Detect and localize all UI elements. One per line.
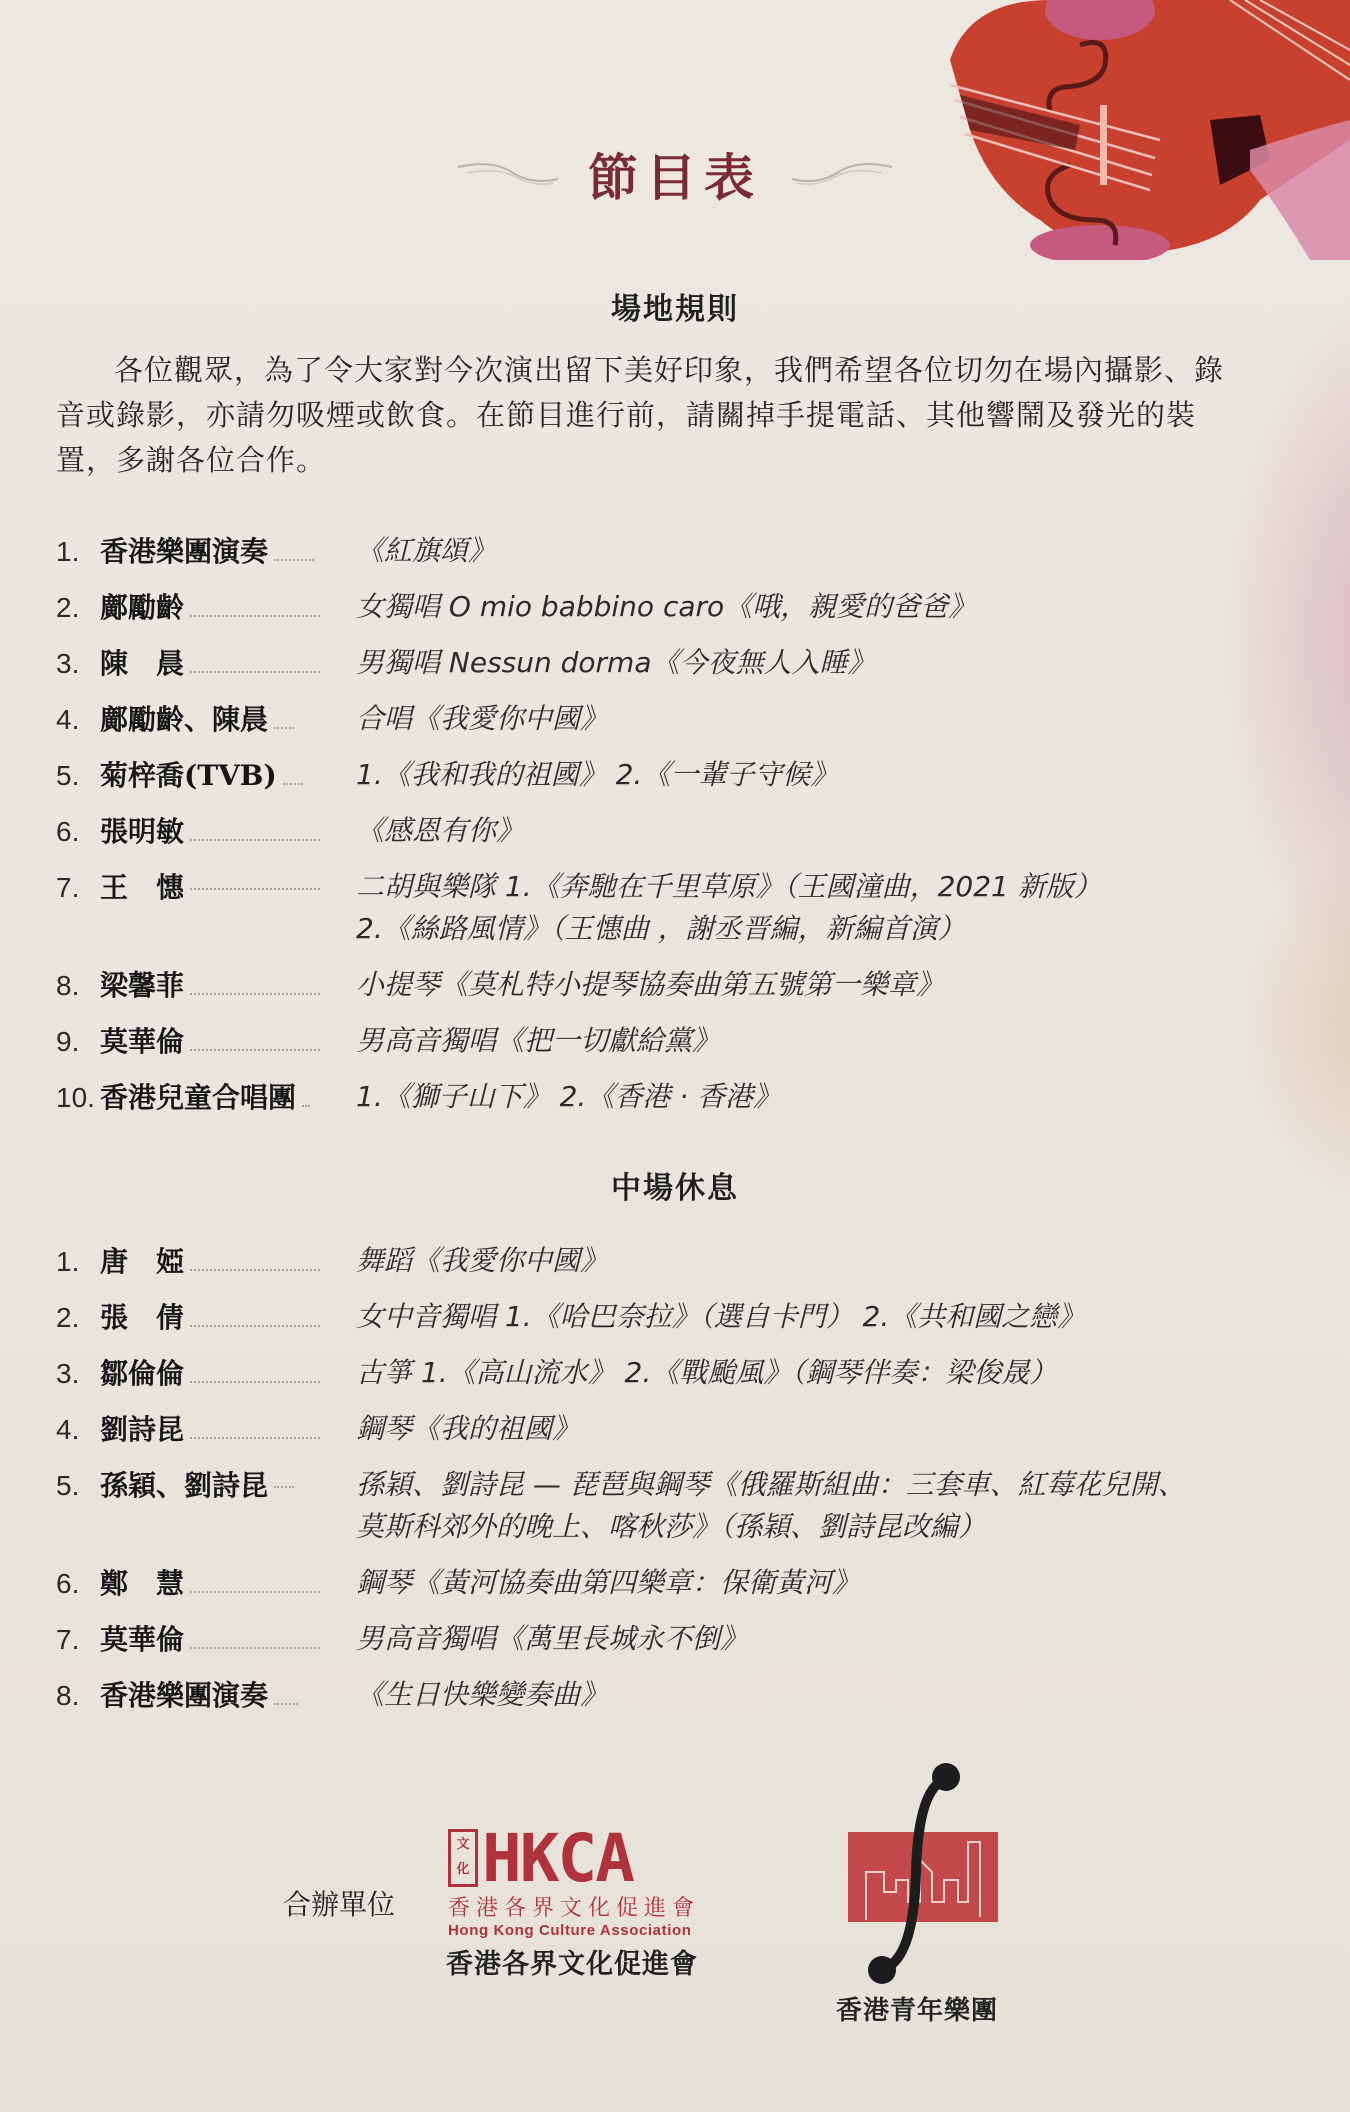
piece-title: 二胡與樂隊 1.《奔馳在千里草原》（王國潼曲，2021 新版） 2.《絲路風情》… [356,866,1102,950]
program-item: 6. 張明敏 《感恩有你》 [56,810,1346,866]
page-title: 節目表 [588,138,762,210]
performer-name: 香港樂團演奏 [100,530,268,570]
item-number: 4. [56,1414,100,1446]
right-swirl-ornament [787,159,897,189]
hkyo-name: 香港青年樂團 [836,1990,998,2027]
item-number: 7. [56,1624,100,1656]
performer-name: 張明敏 [100,810,184,850]
item-number: 1. [56,536,100,568]
dotted-leader [190,1437,320,1439]
title-block: 節目表 [0,138,1350,210]
item-number: 1. [56,1246,100,1278]
piece-line-2: 莫斯科郊外的晚上、喀秋莎》（孫穎、劉詩昆改編） [356,1506,1186,1548]
dotted-leader [190,615,320,617]
piece-title: 男高音獨唱《萬里長城永不倒》 [356,1618,748,1660]
program-item: 4. 鄺勵齡、陳晨 合唱《我愛你中國》 [56,698,1346,754]
dotted-leader [190,1591,320,1593]
dotted-leader [190,1269,320,1271]
performer-name: 唐 婭 [100,1240,184,1280]
performer-name: 梁馨菲 [100,964,184,1004]
performer-name: 鄺勵齡、陳晨 [100,698,268,738]
hkca-logo: 文化 HKCA 香港各界文化促進會 Hong Kong Culture Asso… [448,1825,718,1939]
piece-title: 男高音獨唱《把一切獻給黨》 [356,1020,720,1062]
program-item: 2. 鄺勵齡 女獨唱 O mio babbino caro《哦，親愛的爸爸》 [56,586,1346,642]
program-item: 7. 王 憓 二胡與樂隊 1.《奔馳在千里草原》（王國潼曲，2021 新版） 2… [56,866,1346,964]
first-half-program: 1. 香港樂團演奏 《紅旗頌》 2. 鄺勵齡 女獨唱 O mio babbino… [56,530,1346,1132]
piece-title: 小提琴《莫札特小提琴協奏曲第五號第一樂章》 [356,964,944,1006]
item-number: 10. [56,1082,100,1114]
performer-name: 鄺勵齡 [100,586,184,626]
performer-name: 莫華倫 [100,1618,184,1658]
program-item: 10. 香港兒童合唱團 1.《獅子山下》 2.《香港 · 香港》 [56,1076,1346,1132]
program-item: 1. 香港樂團演奏 《紅旗頌》 [56,530,1346,586]
violin-illustration [930,0,1350,260]
item-number: 7. [56,872,100,904]
dotted-leader [190,1381,320,1383]
dotted-leader [274,1486,294,1488]
piece-line-2: 2.《絲路風情》（王憓曲 ，謝丞晋編，新編首演） [356,908,1102,950]
piece-title: 鋼琴《我的祖國》 [356,1408,580,1450]
co-organizer-label: 合辦單位 [283,1883,395,1923]
performer-name: 王 憓 [100,866,184,906]
dotted-leader [190,671,320,673]
item-number: 3. [56,648,100,680]
program-item: 3. 鄒倫倫 古箏 1.《高山流水》 2.《戰颱風》（鋼琴伴奏：梁俊晟） [56,1352,1346,1408]
culture-badge-icon: 文化 [448,1829,478,1887]
item-number: 4. [56,704,100,736]
dotted-leader [274,559,314,561]
piece-title: 舞蹈《我愛你中國》 [356,1240,608,1282]
piece-title: 《紅旗頌》 [356,530,496,572]
performer-name: 菊梓喬(TVB) [100,754,277,794]
item-number: 8. [56,1680,100,1712]
second-half-program: 1. 唐 婭 舞蹈《我愛你中國》 2. 張 倩 女中音獨唱 1.《哈巴奈拉》（選… [56,1240,1346,1730]
performer-name: 鄭 慧 [100,1562,184,1602]
program-item: 8. 香港樂團演奏 《生日快樂變奏曲》 [56,1674,1346,1730]
dotted-leader [190,1325,320,1327]
program-item: 5. 孫穎、劉詩昆 孫穎、劉詩昆 — 琵琶與鋼琴《俄羅斯組曲：三套車、紅莓花兒開… [56,1464,1346,1562]
performer-name: 劉詩昆 [100,1408,184,1448]
dotted-leader [283,783,303,785]
program-item: 8. 梁馨菲 小提琴《莫札特小提琴協奏曲第五號第一樂章》 [56,964,1346,1020]
performer-name: 香港樂團演奏 [100,1674,268,1714]
item-number: 3. [56,1358,100,1390]
performer-name: 陳 晨 [100,642,184,682]
dotted-leader [190,839,320,841]
item-number: 8. [56,970,100,1002]
piece-line-1: 孫穎、劉詩昆 — 琵琶與鋼琴《俄羅斯組曲：三套車、紅莓花兒開、 [356,1464,1186,1506]
item-number: 9. [56,1026,100,1058]
piece-title: 1.《我和我的祖國》 2.《一輩子守候》 [356,754,838,796]
program-item: 2. 張 倩 女中音獨唱 1.《哈巴奈拉》（選自卡門） 2.《共和國之戀》 [56,1296,1346,1352]
dotted-leader [302,1105,310,1107]
piece-title: 古箏 1.《高山流水》 2.《戰颱風》（鋼琴伴奏：梁俊晟） [356,1352,1057,1394]
piece-title: 《生日快樂變奏曲》 [356,1674,608,1716]
item-number: 2. [56,1302,100,1334]
piece-title: 女中音獨唱 1.《哈巴奈拉》（選自卡門） 2.《共和國之戀》 [356,1296,1085,1338]
item-number: 5. [56,760,100,792]
performer-name: 孫穎、劉詩昆 [100,1464,268,1504]
item-number: 6. [56,1568,100,1600]
piece-line-1: 二胡與樂隊 1.《奔馳在千里草原》（王國潼曲，2021 新版） [356,866,1102,908]
program-item: 6. 鄭 慧 鋼琴《黃河協奏曲第四樂章：保衛黃河》 [56,1562,1346,1618]
performer-name: 張 倩 [100,1296,184,1336]
program-item: 3. 陳 晨 男獨唱 Nessun dorma《今夜無人入睡》 [56,642,1346,698]
hkca-english-name: Hong Kong Culture Association [448,1922,718,1939]
piece-title: 孫穎、劉詩昆 — 琵琶與鋼琴《俄羅斯組曲：三套車、紅莓花兒開、 莫斯科郊外的晚上… [356,1464,1186,1548]
performer-name: 莫華倫 [100,1020,184,1060]
item-number: 2. [56,592,100,624]
dotted-leader [190,1049,320,1051]
piece-title: 合唱《我愛你中國》 [356,698,608,740]
piece-title: 男獨唱 Nessun dorma《今夜無人入睡》 [356,642,876,684]
program-item: 4. 劉詩昆 鋼琴《我的祖國》 [56,1408,1346,1464]
dotted-leader [274,727,294,729]
hkyo-logo [848,1752,1008,1992]
program-item: 1. 唐 婭 舞蹈《我愛你中國》 [56,1240,1346,1296]
performer-name: 香港兒童合唱團 [100,1076,296,1116]
dotted-leader [274,1703,298,1705]
left-swirl-ornament [453,159,563,189]
program-item: 9. 莫華倫 男高音獨唱《把一切獻給黨》 [56,1020,1346,1076]
program-item: 5. 菊梓喬(TVB) 1.《我和我的祖國》 2.《一輩子守候》 [56,754,1346,810]
program-item: 7. 莫華倫 男高音獨唱《萬里長城永不倒》 [56,1618,1346,1674]
dotted-leader [190,1647,320,1649]
piece-title: 《感恩有你》 [356,810,524,852]
item-number: 6. [56,816,100,848]
dotted-leader [190,993,320,995]
venue-rules-text: 各位觀眾，為了令大家對今次演出留下美好印象，我們希望各位切勿在場內攝影、錄音或錄… [56,348,1236,483]
piece-title: 女獨唱 O mio babbino caro《哦，親愛的爸爸》 [356,586,976,628]
hkca-wordmark: HKCA [482,1831,633,1887]
piece-title: 1.《獅子山下》 2.《香港 · 香港》 [356,1076,781,1118]
performer-name: 鄒倫倫 [100,1352,184,1392]
hkca-chinese-script: 香港各界文化促進會 [448,1891,718,1922]
piece-title: 鋼琴《黃河協奏曲第四樂章：保衛黃河》 [356,1562,860,1604]
dotted-leader [190,888,320,890]
interval-heading: 中場休息 [0,1163,1350,1207]
hkca-name: 香港各界文化促進會 [446,1942,698,1981]
venue-rules-heading: 場地規則 [0,284,1350,328]
item-number: 5. [56,1470,100,1502]
